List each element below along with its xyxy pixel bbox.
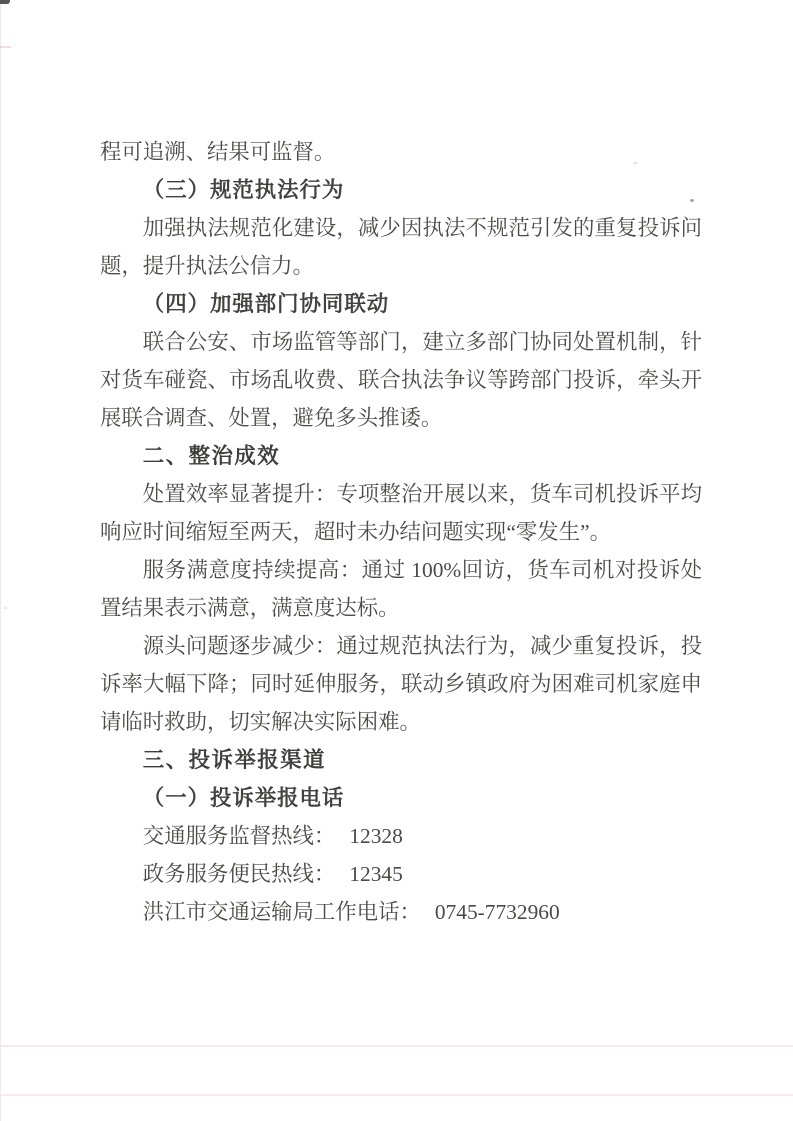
hotline-label: 交通服务监督热线：	[143, 824, 336, 848]
paragraph-continuation: 程可追溯、结果可监督。	[100, 133, 702, 171]
hotline-number: 12345	[349, 862, 402, 886]
scanned-document-page: 程可追溯、结果可监督。 （三）规范执法行为 加强执法规范化建设，减少因执法不规范…	[0, 0, 793, 1121]
subsection-heading-one-phones: （一）投诉举报电话	[100, 779, 702, 817]
scan-pink-line	[0, 1045, 793, 1047]
hotline-label: 洪江市交通运输局工作电话：	[143, 900, 421, 924]
paragraph-enforcement-standardization: 加强执法规范化建设，减少因执法不规范引发的重复投诉问题，提升执法公信力。	[100, 209, 702, 285]
hotline-government-service: 政务服务便民热线：12345	[100, 855, 702, 893]
hotline-number: 12328	[349, 824, 402, 848]
paragraph-efficiency-improved: 处置效率显著提升：专项整治开展以来，货车司机投诉平均响应时间缩短至两天，超时未办…	[100, 475, 702, 551]
scan-pink-dash	[0, 46, 11, 48]
subsection-heading-three: （三）规范执法行为	[100, 171, 702, 209]
scan-corner-mark	[0, 0, 10, 4]
hotline-transport-supervision: 交通服务监督热线：12328	[100, 817, 702, 855]
section-heading-two-results: 二、整治成效	[100, 437, 702, 475]
paragraph-source-problems-reduced: 源头问题逐步减少：通过规范执法行为，减少重复投诉，投诉率大幅下降；同时延伸服务，…	[100, 627, 702, 741]
hotline-label: 政务服务便民热线：	[143, 862, 336, 886]
document-body: 程可追溯、结果可监督。 （三）规范执法行为 加强执法规范化建设，减少因执法不规范…	[100, 133, 702, 931]
scan-edge-line	[0, 0, 1, 1121]
scan-pink-line	[0, 1094, 793, 1096]
section-heading-three-channels: 三、投诉举报渠道	[100, 741, 702, 779]
paragraph-joint-departments: 联合公安、市场监管等部门，建立多部门协同处置机制，针对货车碰瓷、市场乱收费、联合…	[100, 323, 702, 437]
hotline-transport-bureau: 洪江市交通运输局工作电话：0745-7732960	[100, 893, 702, 931]
scan-speck	[4, 607, 7, 609]
paragraph-satisfaction-improved: 服务满意度持续提高：通过 100%回访，货车司机对投诉处置结果表示满意，满意度达…	[100, 551, 702, 627]
subsection-heading-four: （四）加强部门协同联动	[100, 285, 702, 323]
hotline-number: 0745-7732960	[435, 900, 560, 924]
